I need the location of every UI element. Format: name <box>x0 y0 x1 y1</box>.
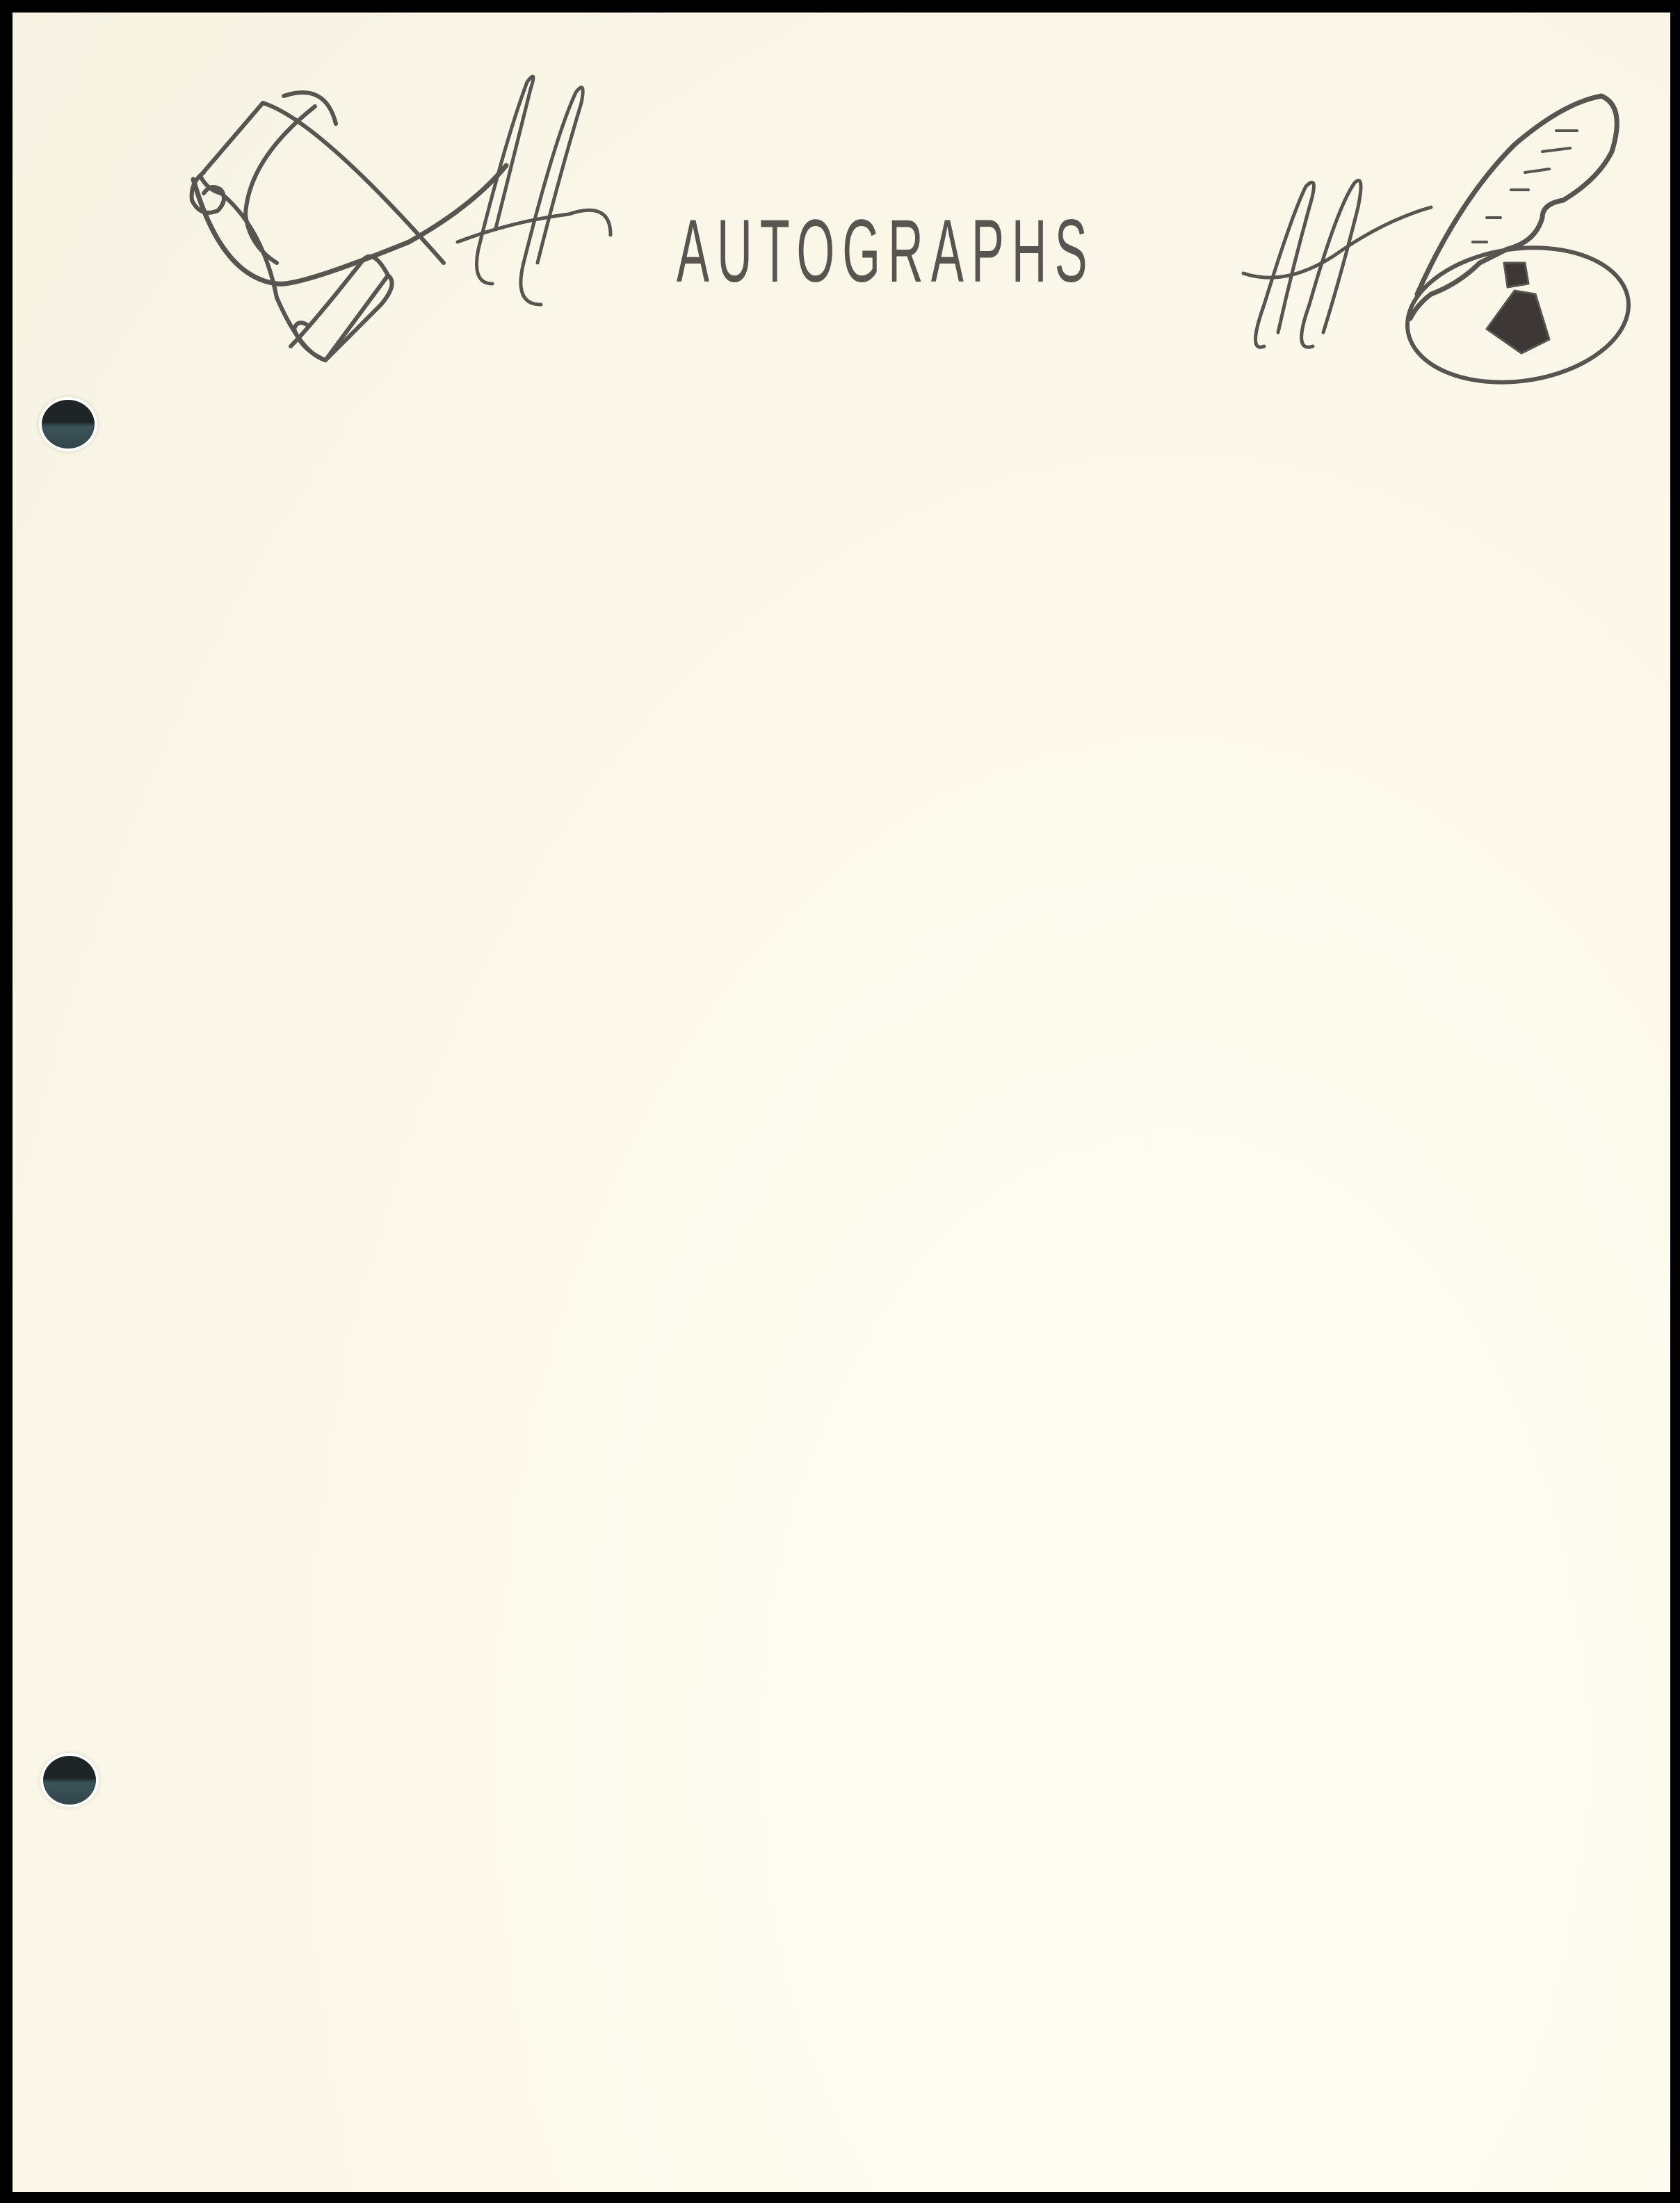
page-title: AUTOGRAPHS <box>677 207 1095 296</box>
flourish-icon <box>1243 181 1431 348</box>
autograph-page: AUTOGRAPHS <box>13 13 1670 2192</box>
punch-hole <box>43 1756 96 1805</box>
scroll-icon <box>192 92 506 360</box>
punch-hole <box>42 400 95 449</box>
